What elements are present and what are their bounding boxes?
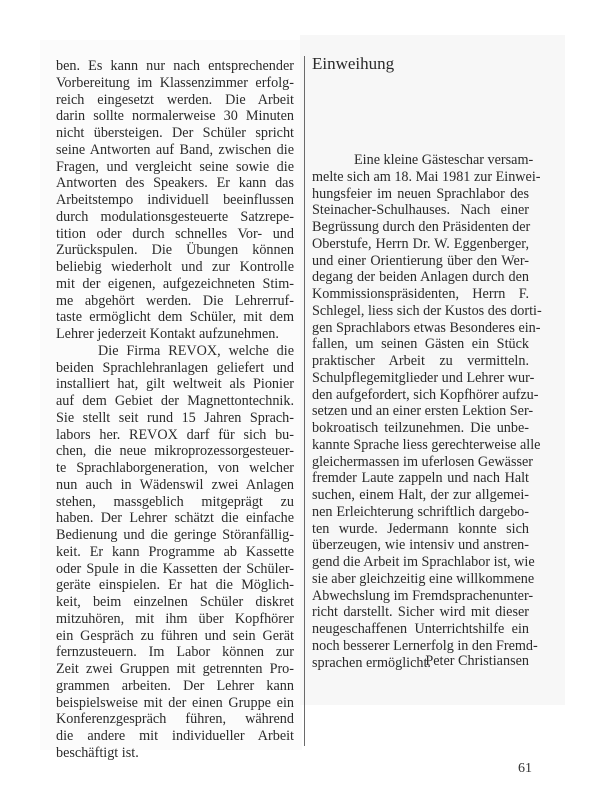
author-signature: Peter Christiansen	[312, 653, 529, 670]
text-line: nicht übersteigen. Der Schüler spricht	[56, 125, 294, 142]
text-line: Schulpflegemitglieder und Lehrer wur-	[312, 370, 529, 387]
text-line: stehen, massgeblich mitgeprägt zu	[56, 494, 294, 511]
text-line: die andere mit individueller Arbeit	[56, 728, 294, 745]
text-line: kannte Sprache liess gerechterweise alle	[312, 437, 529, 454]
text-line: suchen, einem Halt, der zur allgemei-	[312, 487, 529, 504]
text-line: melte sich am 18. Mai 1981 zur Einwei-	[312, 169, 529, 186]
text-line: Zurückspulen. Die Übungen können	[56, 242, 294, 259]
text-line: keit. Er kann Programme ab Kassette	[56, 544, 294, 561]
text-line: bokroatisch teilzunehmen. Die unbe-	[312, 420, 529, 437]
text-line: Abwechslung im Fremdsprachenunter-	[312, 588, 529, 605]
text-line: hungsfeier im neuen Sprachlabor des	[312, 186, 529, 203]
text-line: Konferenzgespräch führen, während	[56, 711, 294, 728]
text-line: Antworten des Speakers. Er kann das	[56, 175, 294, 192]
text-line: noch besserer Lernerfolg in den Fremd-	[312, 638, 529, 655]
text-line: Bedienung und die geringe Störanfällig-	[56, 527, 294, 544]
left-column: ben. Es kann nur nach entsprechender Vor…	[56, 58, 294, 762]
text-line: seine Antworten auf Band, zwischen die	[56, 142, 294, 159]
text-line: beispielsweise mit der einen Gruppe ein	[56, 695, 294, 712]
text-line: labors her. REVOX darf für sich bu-	[56, 427, 294, 444]
text-line: fernzusteuern. Im Labor können zur	[56, 644, 294, 661]
text-line: Oberstufe, Herrn Dr. W. Eggenberger,	[312, 236, 529, 253]
column-divider	[304, 56, 305, 746]
text-line: auf dem Gebiet der Magnettontechnik.	[56, 393, 294, 410]
text-line: grammen arbeiten. Der Lehrer kann	[56, 678, 294, 695]
text-line: den aufgefordert, sich Kopfhörer aufzu-	[312, 387, 529, 404]
text-line: gend die Arbeit im Sprachlabor ist, wie	[312, 554, 529, 571]
text-line: beiden Sprachlehranlagen geliefert und	[56, 360, 294, 377]
text-line: Begrüssung durch den Präsidenten der	[312, 219, 529, 236]
text-line: nen Erleichterung schriftlich dargebo-	[312, 504, 529, 521]
text-line: praktischer Arbeit zu vermitteln.	[312, 353, 529, 370]
text-line: Vorbereitung im Klassenzimmer erfolg-	[56, 75, 294, 92]
text-line: geräte einspielen. Er hat die Möglich-	[56, 577, 294, 594]
text-line: neugeschaffenen Unterrichtshilfe ein	[312, 621, 529, 638]
text-line: mitzuhören, mit ihm über Kopfhörer	[56, 611, 294, 628]
text-line: installiert hat, gilt weltweit als Pioni…	[56, 376, 294, 393]
text-line: te Sprachlaborgeneration, von welcher	[56, 460, 294, 477]
text-line: haben. Der Lehrer schätzt die einfache	[56, 510, 294, 527]
text-line: darin sollte normalerweise 30 Minuten	[56, 108, 294, 125]
text-line: mit der eigenen, aufgezeichneten Stim-	[56, 276, 294, 293]
section-heading: Einweihung	[312, 54, 394, 74]
text-line: reich eingesetzt werden. Die Arbeit	[56, 92, 294, 109]
right-column: Eine kleine Gästeschar versam- melte sic…	[312, 152, 529, 671]
text-line: taste ermöglicht dem Schüler, mit dem	[56, 309, 294, 326]
page-number: 61	[518, 761, 532, 777]
text-line: überzeugen, wie intensiv und anstren-	[312, 537, 529, 554]
text-line: Fragen, und vergleicht seine sowie die	[56, 159, 294, 176]
text-line: sie aber gleichzeitig eine willkommene	[312, 571, 529, 588]
text-line: Arbeitstempo individuell beeinflussen	[56, 192, 294, 209]
text-line: gleichermassen im uferlosen Gewässer	[312, 454, 529, 471]
text-line: und einer Orientierung über den Wer-	[312, 253, 529, 270]
text-line: setzen und an einer ersten Lektion Ser-	[312, 403, 529, 420]
text-line: me abgehört werden. Die Lehrerruf-	[56, 293, 294, 310]
text-line: beschäftigt ist.	[56, 745, 294, 762]
text-line: ten wurde. Jedermann konnte sich	[312, 521, 529, 538]
text-line: Schlegel, liess sich der Kustos des dort…	[312, 303, 529, 320]
text-line: chen, die neue mikroprozessorgesteuer-	[56, 443, 294, 460]
text-line: ben. Es kann nur nach entsprechender	[56, 58, 294, 75]
text-line: tition oder durch schnelles Vor- und	[56, 226, 294, 243]
text-line: richt darstellt. Sicher wird mit dieser	[312, 604, 529, 621]
text-line: durch modulationsgesteuerte Satzrepe-	[56, 209, 294, 226]
text-line: beliebig wiederholt und zur Kontrolle	[56, 259, 294, 276]
text-line: Lehrer jederzeit Kontakt aufzunehmen.	[56, 326, 294, 343]
text-line: Steinacher-Schulhauses. Nach einer	[312, 202, 529, 219]
text-line: ein Gespräch zu führen und sein Gerät	[56, 628, 294, 645]
text-line: Die Firma REVOX, welche die	[56, 343, 294, 360]
text-line: keit, beim einzelnen Schüler diskret	[56, 594, 294, 611]
text-line: fremder Laute zappeln und nach Halt	[312, 470, 529, 487]
text-line: degang der beiden Anlagen durch den	[312, 269, 529, 286]
text-line: fallen, um seinen Gästen ein Stück	[312, 336, 529, 353]
text-line: nun auch in Wädenswil zwei Anlagen	[56, 477, 294, 494]
text-line: Eine kleine Gästeschar versam-	[312, 152, 529, 169]
text-line: oder Spule in die Kassetten der Schüler-	[56, 561, 294, 578]
text-line: Kommissionspräsidenten, Herrn F.	[312, 286, 529, 303]
text-line: Zeit zwei Gruppen mit getrennten Pro-	[56, 661, 294, 678]
text-line: Sie stellt seit rund 15 Jahren Sprach-	[56, 410, 294, 427]
text-line: gen Sprachlabors etwas Besonderes ein-	[312, 320, 529, 337]
